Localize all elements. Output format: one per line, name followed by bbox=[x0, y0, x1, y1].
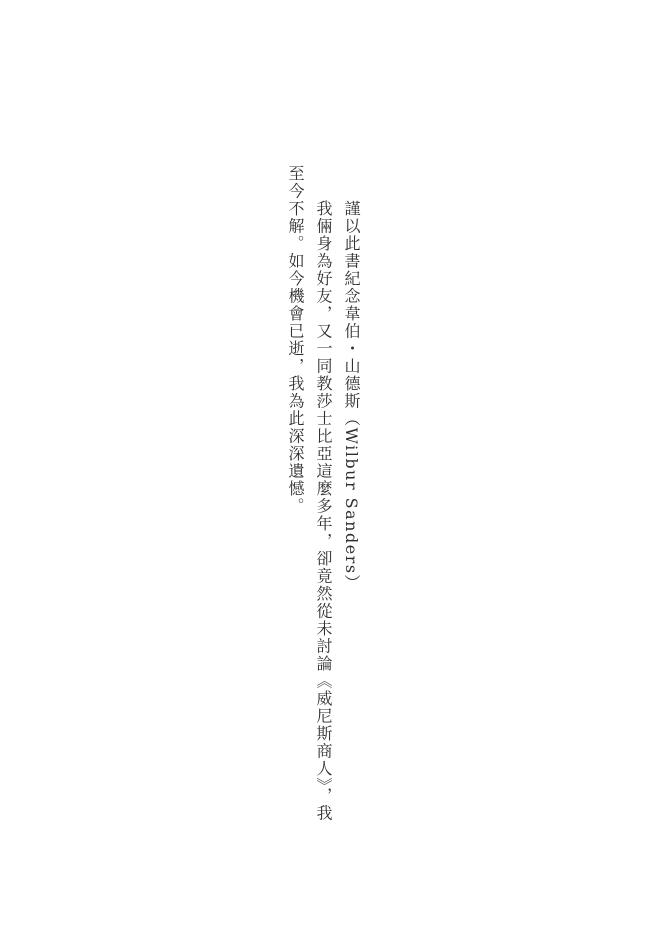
book-page: 謹以此書紀念韋伯・山德斯（Wilbur Sanders） 我倆身為好友，又一同教… bbox=[0, 0, 663, 932]
dedication-text: 謹以此書紀念韋伯・山德斯（Wilbur Sanders） 我倆身為好友，又一同教… bbox=[281, 165, 365, 839]
dedication-line-honoree: 謹以此書紀念韋伯・山德斯（Wilbur Sanders） bbox=[337, 165, 365, 839]
dedication-body: 我倆身為好友，又一同教莎士比亞這麼多年，卻竟然從未討論《威尼斯商人》，我至今不解… bbox=[281, 165, 337, 839]
